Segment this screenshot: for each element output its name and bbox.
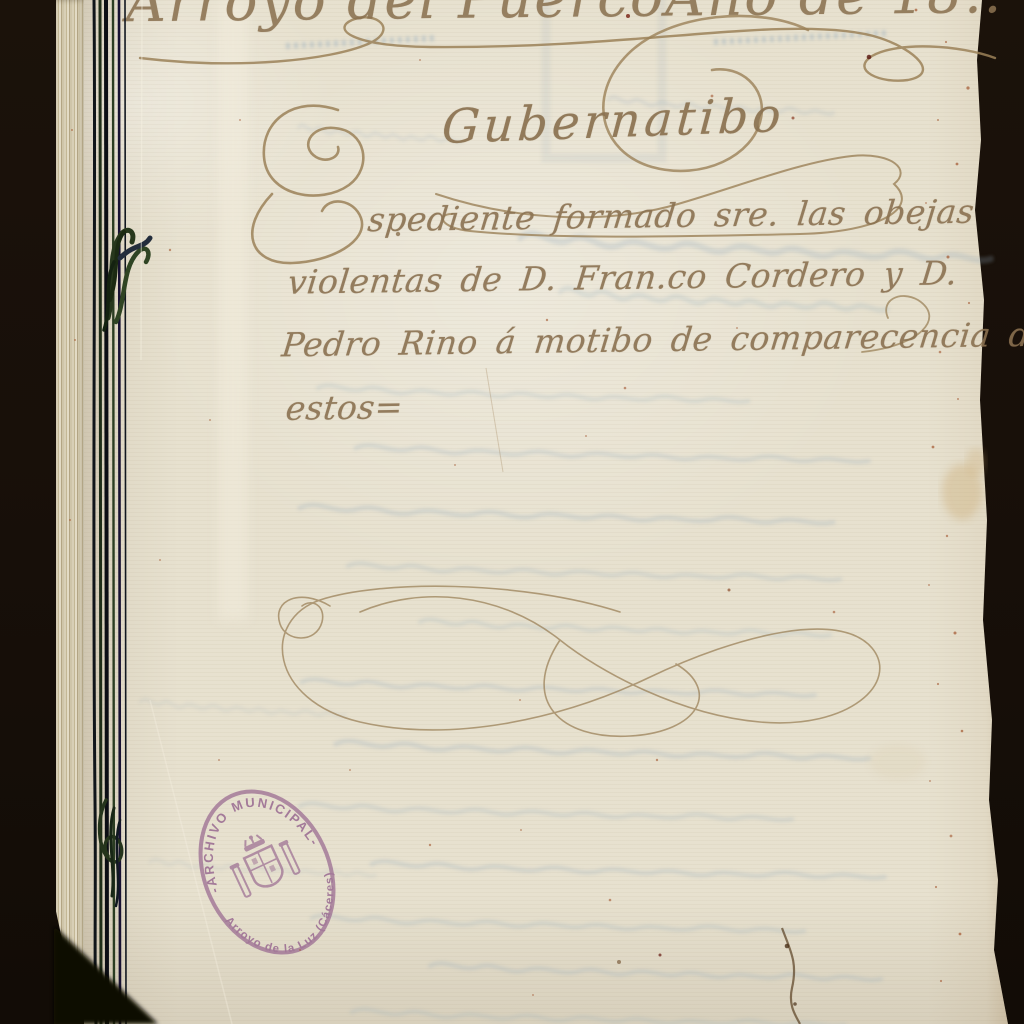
stamp-coat-of-arms (221, 822, 302, 898)
manuscript-scan: Arroyo del Puerco Año de 18.. Gubernatib… (0, 0, 1024, 1024)
underlying-page-highlight (218, 0, 248, 620)
folio-edge-stack (56, 0, 88, 1024)
body-initial: E (0, 0, 1, 1)
